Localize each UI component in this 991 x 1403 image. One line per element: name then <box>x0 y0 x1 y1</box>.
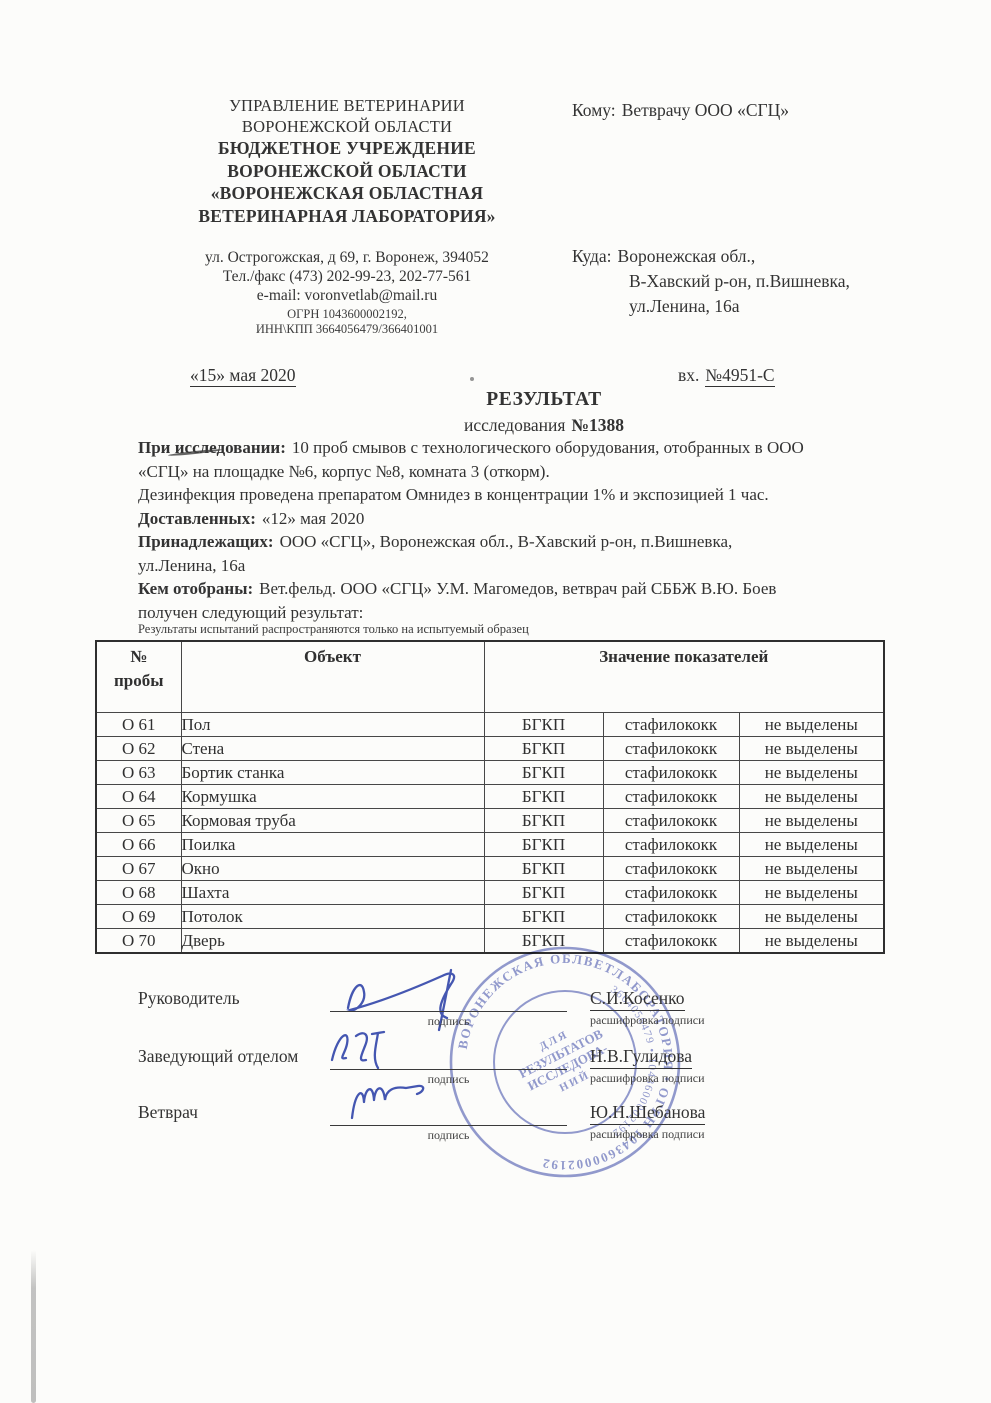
signature-line <box>330 1069 567 1070</box>
inn-kpp-line: ИНН\КПП 3664056479/366401001 <box>157 322 537 337</box>
address-line: e-mail: voronvetlab@mail.ru <box>157 286 537 305</box>
org-name-line: ВОРОНЕЖСКОЙ ОБЛАСТИ <box>157 160 537 183</box>
where-line: Куда:Воронежская обл., <box>572 244 850 269</box>
body-paragraph: Доставленных:«12» мая 2020 <box>138 507 962 531</box>
to-label: Кому: <box>572 100 616 120</box>
sender-block: УПРАВЛЕНИЕ ВЕТЕРИНАРИИ ВОРОНЕЖСКОЙ ОБЛАС… <box>157 95 537 337</box>
role-label: Ветврач <box>138 1102 198 1123</box>
recipient-where: Куда:Воронежская обл., В-Хавский р-он, п… <box>572 244 850 319</box>
table-row: О 68ШахтаБГКПстафилококкне выделены <box>96 881 884 905</box>
table-header-row: № пробы Объект Значение показателей <box>96 641 884 713</box>
to-value: Ветврачу ООО «СГЦ» <box>622 100 789 120</box>
body-paragraph: Принадлежащих:ООО «СГЦ», Воронежская обл… <box>138 530 962 577</box>
col-header-object: Объект <box>181 641 484 713</box>
where-line: ул.Ленина, 16а <box>572 294 850 319</box>
body-paragraph: При исследовании:10 проб смывов с технол… <box>138 436 962 483</box>
disclaimer: Результаты испытаний распространяются то… <box>138 622 529 637</box>
role-label: Руководитель <box>138 988 240 1009</box>
decode-caption: расшифровка подписи <box>590 1013 705 1028</box>
page-title: РЕЗУЛЬТАТ <box>138 389 950 411</box>
where-label: Куда: <box>572 246 612 266</box>
scan-artifact <box>31 1250 36 1403</box>
signature-row: Ветврач подпись Ю.Н.Шебанова расшифровка… <box>138 1102 962 1156</box>
address-line: ул. Острогожская, д 69, г. Воронеж, 3940… <box>157 248 537 267</box>
recipient-to: Кому:Ветврачу ООО «СГЦ» <box>572 100 789 121</box>
incoming-label: вх. <box>678 365 699 385</box>
org-name-line: БЮДЖЕТНОЕ УЧРЕЖДЕНИЕ <box>157 137 537 160</box>
signature-line <box>330 1125 567 1126</box>
signature-caption: подпись <box>330 1128 567 1143</box>
table-row: О 63Бортик станкаБГКПстафилококкне выдел… <box>96 761 884 785</box>
table-row: О 62СтенаБГКПстафилококкне выделены <box>96 737 884 761</box>
col-header-values: Значение показателей <box>484 641 884 713</box>
scan-artifact <box>470 377 474 381</box>
table-row: О 61ПолБГКПстафилококкне выделены <box>96 713 884 737</box>
org-name-line: УПРАВЛЕНИЕ ВЕТЕРИНАРИИ <box>157 95 537 116</box>
body-paragraph: Кем отобраны:Вет.фельд. ООО «СГЦ» У.М. М… <box>138 577 962 624</box>
incoming-number: вх.№4951-С <box>678 365 775 386</box>
table-row: О 69ПотолокБГКПстафилококкне выделены <box>96 905 884 929</box>
table-row: О 64КормушкаБГКПстафилококкне выделены <box>96 785 884 809</box>
org-name-line: «ВОРОНЕЖСКАЯ ОБЛАСТНАЯ <box>157 182 537 205</box>
address-block: ул. Острогожская, д 69, г. Воронеж, 3940… <box>157 248 537 305</box>
signature-name: Н.В.Гулидова <box>590 1046 692 1069</box>
address-line: Тел./факс (473) 202-99-23, 202-77-561 <box>157 267 537 286</box>
signature-caption: подпись <box>330 1014 567 1029</box>
table-row: О 66ПоилкаБГКПстафилококкне выделены <box>96 833 884 857</box>
result-subtitle: исследования№1388 <box>138 415 950 436</box>
decode-caption: расшифровка подписи <box>590 1127 705 1142</box>
org-name-line: ВЕТЕРИНАРНАЯ ЛАБОРАТОРИЯ» <box>157 205 537 228</box>
decode-caption: расшифровка подписи <box>590 1071 705 1086</box>
result-title-block: РЕЗУЛЬТАТ исследования№1388 <box>138 389 950 436</box>
ogrn-line: ОГРН 1043600002192, <box>157 307 537 322</box>
table-row: О 65Кормовая трубаБГКПстафилококкне выде… <box>96 809 884 833</box>
signature-line <box>330 1011 567 1012</box>
signature-row: Руководитель подпись С.И.Косенко расшифр… <box>138 988 962 1042</box>
registration-block: ОГРН 1043600002192, ИНН\КПП 3664056479/3… <box>157 307 537 337</box>
signature-name: С.И.Косенко <box>590 988 685 1011</box>
signature-caption: подпись <box>330 1072 567 1087</box>
document-date: «15» мая 2020 <box>190 365 296 386</box>
role-label: Заведующий отделом <box>138 1046 298 1067</box>
org-name-line: ВОРОНЕЖСКОЙ ОБЛАСТИ <box>157 116 537 137</box>
body-text: При исследовании:10 проб смывов с технол… <box>138 436 962 624</box>
results-table: № пробы Объект Значение показателей О 61… <box>95 640 885 954</box>
table-row: О 67ОкноБГКПстафилококкне выделены <box>96 857 884 881</box>
document-page: УПРАВЛЕНИЕ ВЕТЕРИНАРИИ ВОРОНЕЖСКОЙ ОБЛАС… <box>0 0 991 1403</box>
col-header-sample-no: № пробы <box>96 641 181 713</box>
where-line: В-Хавский р-он, п.Вишневка, <box>572 269 850 294</box>
signature-name: Ю.Н.Шебанова <box>590 1102 705 1125</box>
signature-row: Заведующий отделом подпись Н.В.Гулидова … <box>138 1046 962 1100</box>
body-paragraph: Дезинфекция проведена препаратом Омнидез… <box>138 483 962 507</box>
